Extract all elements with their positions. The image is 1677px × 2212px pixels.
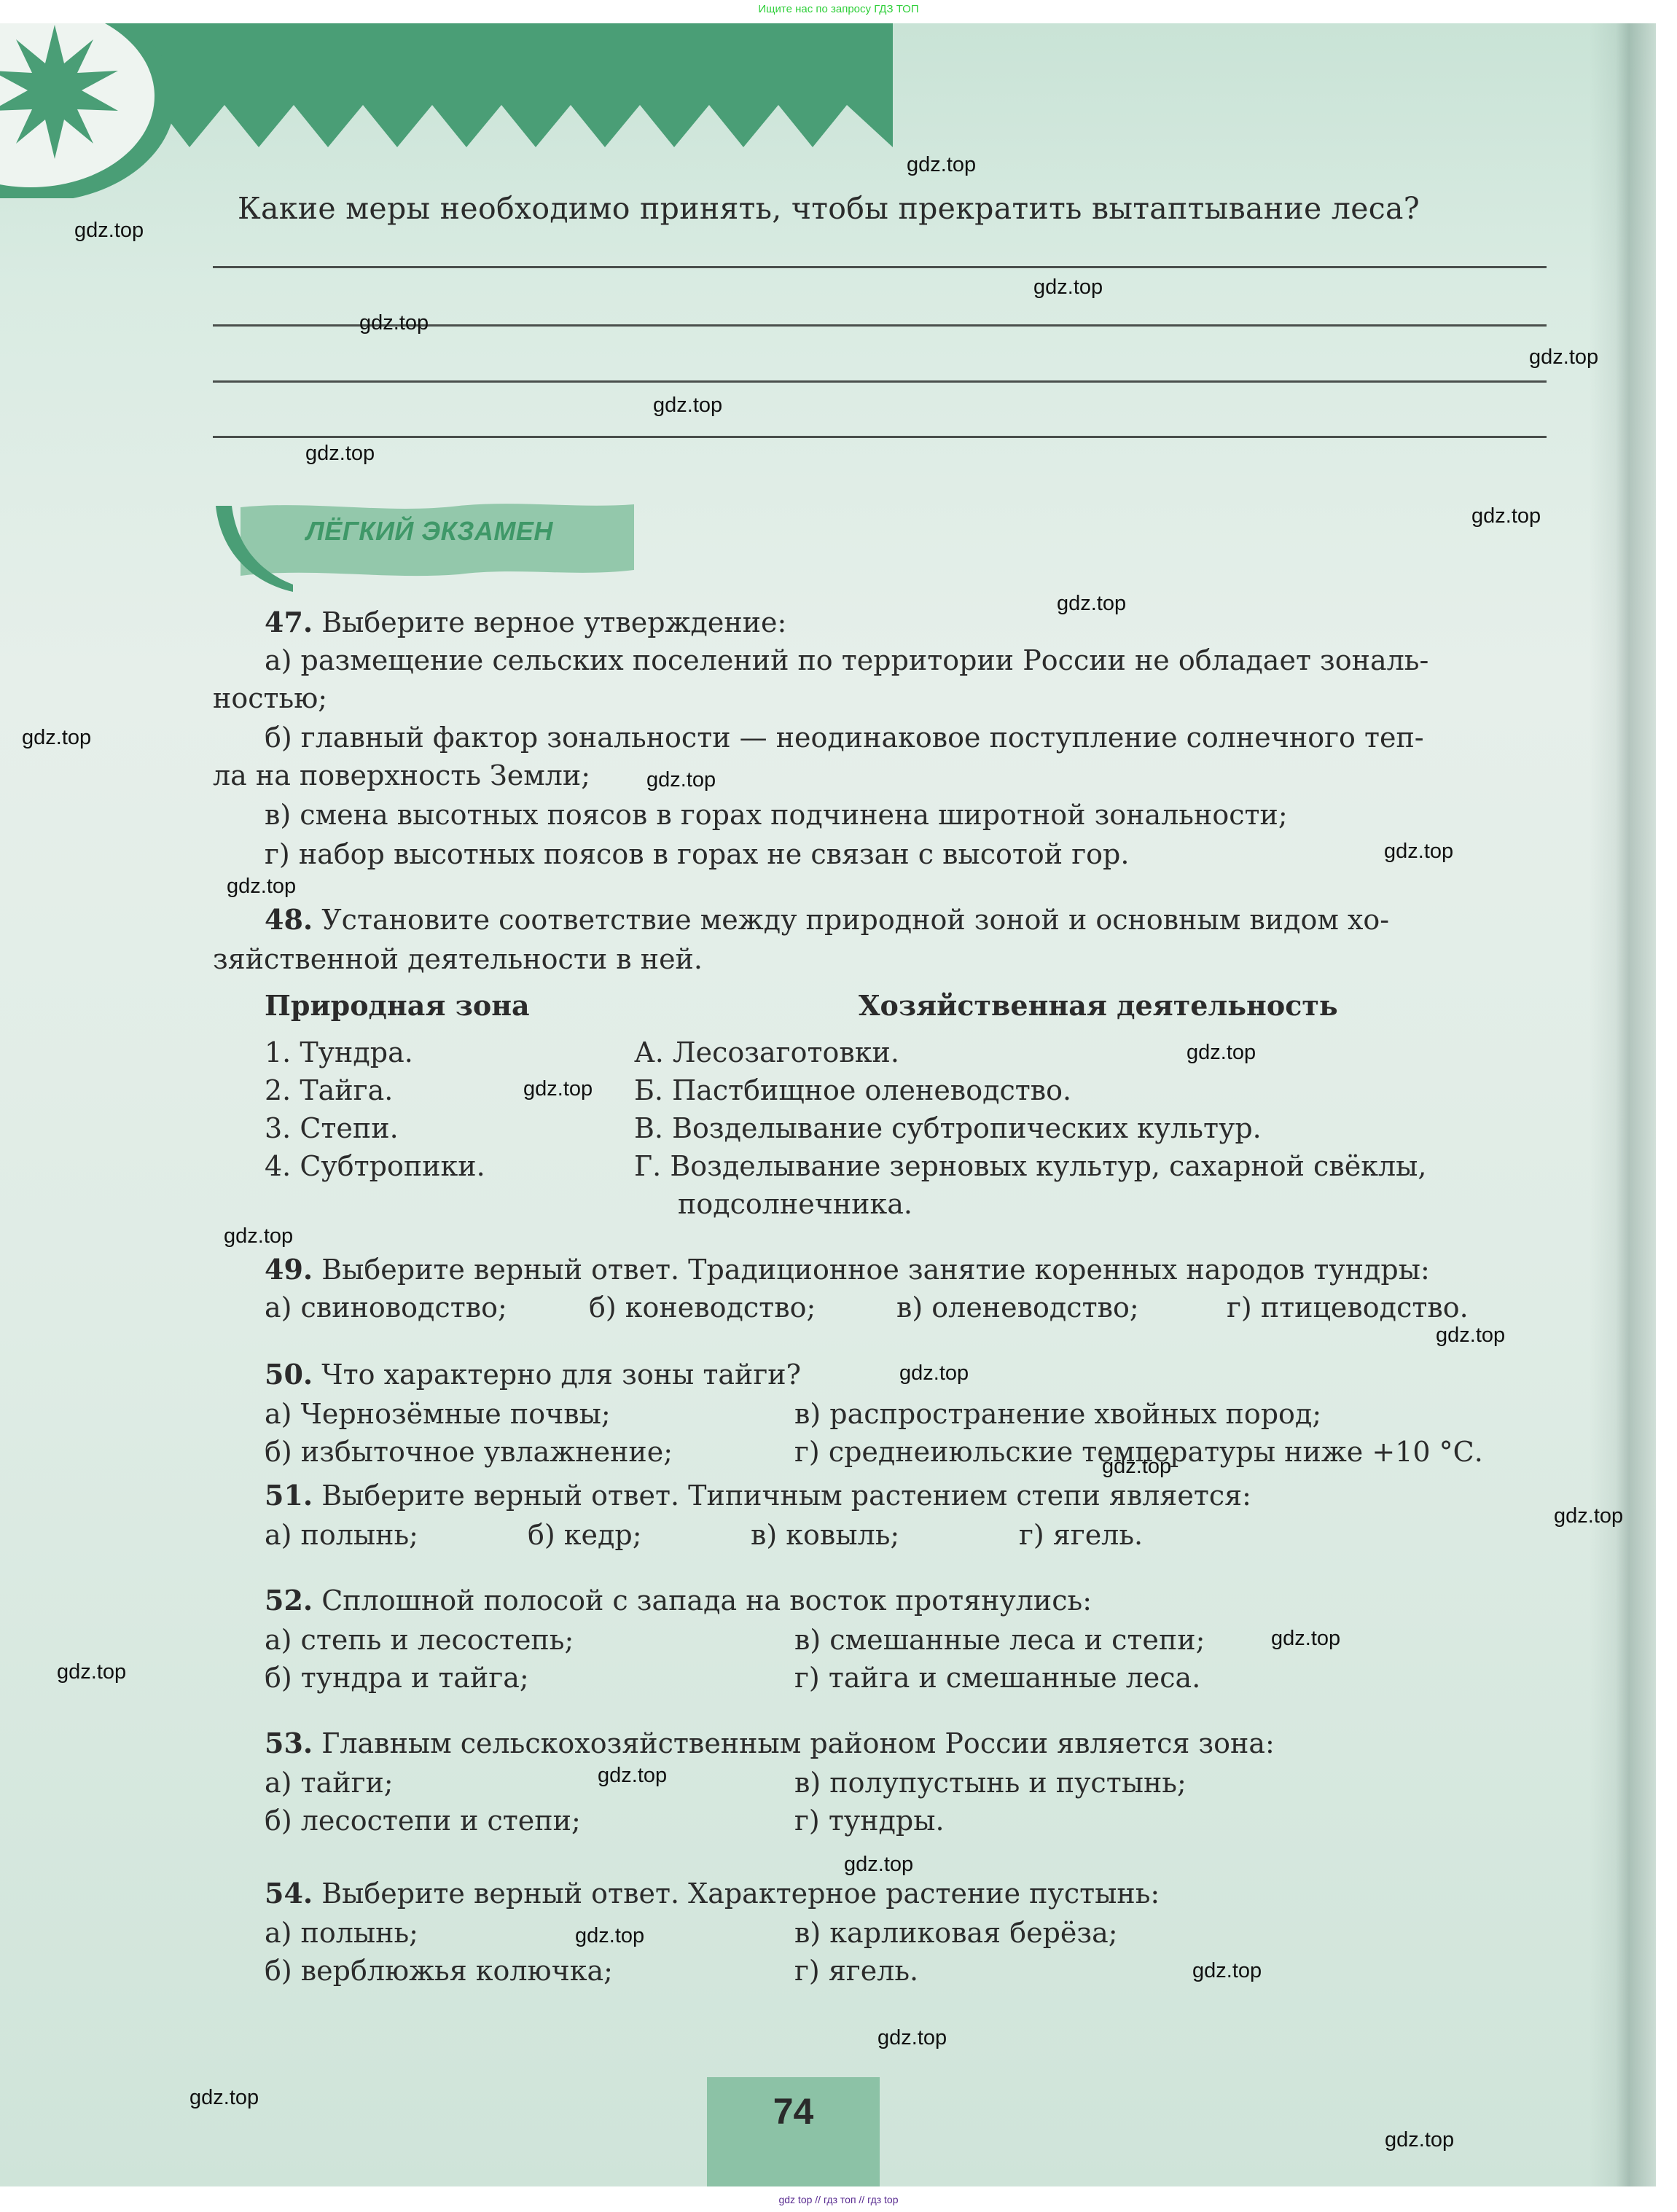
watermark: gdz.top: [1192, 1959, 1262, 1983]
watermark: gdz.top: [74, 219, 144, 243]
activity-item: Б. Пастбищное оленеводство.: [634, 1071, 1071, 1109]
option-b[interactable]: б) верблюжья колючка;: [265, 1952, 613, 1990]
watermark: gdz.top: [1436, 1324, 1505, 1348]
bottom-notice[interactable]: gdz top // гдз топ // гдз top: [0, 2194, 1677, 2205]
option-b[interactable]: б) лесостепи и степи;: [265, 1802, 581, 1840]
option-g[interactable]: г) птицеводство.: [1227, 1289, 1469, 1326]
watermark: gdz.top: [907, 153, 976, 177]
intro-question: Какие меры необходимо принять, чтобы пре…: [238, 191, 1420, 226]
question-text: Главным сельскохозяйственным районом Рос…: [321, 1727, 1275, 1759]
option-v[interactable]: в) ковыль;: [751, 1516, 899, 1554]
option-b-cont: ла на поверхность Земли;: [213, 757, 590, 794]
option-a-cont: ностью;: [213, 679, 327, 717]
question-number: 48.: [265, 903, 313, 936]
option-v[interactable]: в) смена высотных поясов в горах подчине…: [265, 796, 1288, 834]
option-v[interactable]: в) карликовая берёза;: [794, 1914, 1118, 1952]
page-spine-shadow: [1589, 23, 1656, 2186]
watermark: gdz.top: [224, 1224, 293, 1248]
option-g[interactable]: г) ягель.: [794, 1952, 918, 1990]
question-text-cont: зяйственной деятельности в ней.: [213, 940, 703, 978]
watermark: gdz.top: [575, 1924, 644, 1948]
watermark: gdz.top: [1102, 1455, 1171, 1479]
question-number: 50.: [265, 1358, 313, 1391]
watermark: gdz.top: [1384, 840, 1453, 864]
watermark: gdz.top: [1033, 275, 1103, 300]
answer-line[interactable]: [213, 380, 1547, 383]
option-b[interactable]: б) тундра и тайга;: [265, 1659, 529, 1697]
question-number: 51.: [265, 1479, 313, 1512]
answer-line[interactable]: [213, 436, 1547, 438]
option-v[interactable]: в) полупустынь и пустынь;: [794, 1764, 1187, 1802]
watermark: gdz.top: [22, 726, 91, 750]
option-a[interactable]: а) полынь;: [265, 1516, 418, 1554]
watermark: gdz.top: [646, 768, 716, 792]
zone-item: 2. Тайга.: [265, 1071, 393, 1109]
answer-line[interactable]: [213, 266, 1547, 268]
watermark: gdz.top: [1057, 592, 1126, 616]
watermark: gdz.top: [598, 1764, 667, 1788]
zone-item: 3. Степи.: [265, 1109, 399, 1147]
option-g[interactable]: г) ягель.: [1019, 1516, 1143, 1554]
watermark: gdz.top: [877, 2026, 947, 2050]
question-text: Выберите верный ответ. Характерное расте…: [321, 1877, 1160, 1910]
watermark: gdz.top: [1554, 1504, 1623, 1528]
option-b[interactable]: б) кедр;: [528, 1516, 642, 1554]
question-number: 54.: [265, 1877, 313, 1910]
watermark: gdz.top: [1271, 1627, 1340, 1651]
watermark: gdz.top: [899, 1361, 969, 1386]
activity-item-cont: подсолнечника.: [678, 1185, 912, 1223]
star-emblem-icon: [0, 23, 175, 198]
zone-item: 4. Субтропики.: [265, 1147, 485, 1185]
question-number: 52.: [265, 1584, 313, 1617]
question-text: Установите соответствие между природной …: [321, 904, 1389, 936]
option-b[interactable]: б) избыточное увлажнение;: [265, 1433, 673, 1471]
option-b[interactable]: б) коневодство;: [589, 1289, 816, 1326]
page-number: 74: [707, 2090, 880, 2133]
watermark: gdz.top: [305, 442, 375, 466]
option-g[interactable]: г) тайга и смешанные леса.: [794, 1659, 1200, 1697]
question-number: 47.: [265, 606, 313, 638]
column-header-zone: Природная зона: [265, 987, 530, 1025]
watermark: gdz.top: [1385, 2128, 1454, 2152]
activity-item: В. Возделывание субтропических культур.: [634, 1109, 1262, 1147]
column-header-activity: Хозяйственная деятельность: [859, 987, 1338, 1025]
option-v[interactable]: в) распространение хвойных пород;: [794, 1395, 1321, 1433]
option-a[interactable]: а) размещение сельских поселений по терр…: [265, 641, 1428, 679]
question-text: Выберите верный ответ. Традиционное заня…: [321, 1254, 1430, 1286]
option-a[interactable]: а) свиноводство;: [265, 1289, 507, 1326]
question-text: Сплошной полосой с запада на восток прот…: [321, 1584, 1092, 1617]
top-notice[interactable]: Ищите нас по запросу ГДЗ ТОП: [0, 3, 1677, 15]
activity-item: А. Лесозаготовки.: [634, 1033, 899, 1071]
question-number: 53.: [265, 1727, 313, 1759]
question-text: Выберите верное утверждение:: [321, 606, 786, 638]
section-badge-label: ЛЁГКИЙ ЭКЗАМЕН: [306, 516, 553, 547]
question-text: Выберите верный ответ. Типичным растение…: [321, 1480, 1251, 1512]
option-a[interactable]: а) тайги;: [265, 1764, 394, 1802]
option-b[interactable]: б) главный фактор зональности — неодинак…: [265, 719, 1424, 757]
watermark: gdz.top: [227, 875, 296, 899]
activity-item: Г. Возделывание зерновых культур, сахарн…: [634, 1147, 1426, 1185]
watermark: gdz.top: [1187, 1041, 1256, 1065]
option-a[interactable]: а) полынь;: [265, 1914, 418, 1952]
watermark: gdz.top: [653, 394, 722, 418]
option-a[interactable]: а) Чернозёмные почвы;: [265, 1395, 611, 1433]
watermark: gdz.top: [523, 1077, 593, 1101]
watermark: gdz.top: [57, 1660, 126, 1684]
watermark: gdz.top: [1471, 504, 1541, 528]
option-v[interactable]: в) оленеводство;: [896, 1289, 1139, 1326]
option-v[interactable]: в) смешанные леса и степи;: [794, 1621, 1205, 1659]
watermark: gdz.top: [359, 311, 429, 335]
watermark: gdz.top: [189, 2086, 259, 2110]
option-g[interactable]: г) тундры.: [794, 1802, 945, 1840]
question-number: 49.: [265, 1253, 313, 1286]
option-g[interactable]: г) набор высотных поясов в горах не связ…: [265, 835, 1129, 873]
option-a[interactable]: а) степь и лесостепь;: [265, 1621, 574, 1659]
watermark: gdz.top: [844, 1853, 913, 1877]
watermark: gdz.top: [1529, 345, 1598, 370]
zone-item: 1. Тундра.: [265, 1033, 413, 1071]
question-text: Что характерно для зоны тайги?: [321, 1359, 801, 1391]
